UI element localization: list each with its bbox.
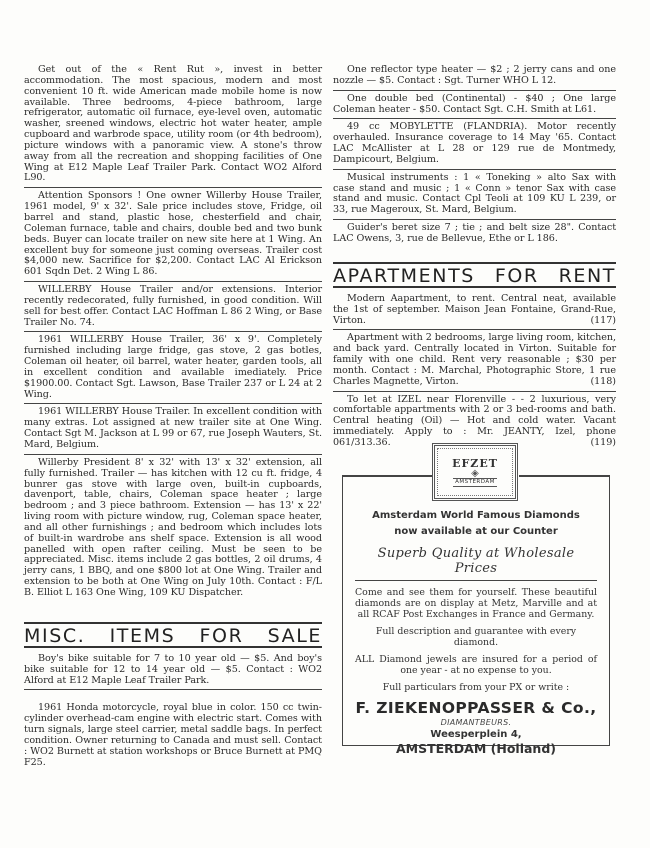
- logo-brand: EFZET: [452, 458, 498, 469]
- apartment-ad: Modern Aapartment, to rent. Central neat…: [333, 294, 616, 331]
- ad-paragraph: Full description and guarantee with ever…: [355, 626, 597, 648]
- ad-text: Modern Aapartment, to rent. Central neat…: [333, 293, 616, 326]
- ad-subheadline: now available at our Counter: [355, 523, 597, 541]
- classified-ad: Get out of the « Rent Rut », invest in b…: [24, 65, 322, 188]
- ad-reference-number: (118): [590, 377, 616, 388]
- apartment-ad: Apartment with 2 bedrooms, large living …: [333, 333, 616, 391]
- ad-paragraph: ALL Diamond jewels are insured for a per…: [355, 654, 597, 676]
- border-line: [343, 475, 433, 477]
- ad-text: Apartment with 2 bedrooms, large living …: [333, 332, 616, 386]
- apartments-for-rent-heading: APARTMENTS FOR RENT: [333, 262, 616, 288]
- heading-word: ITEMS: [110, 626, 176, 646]
- left-column: Get out of the « Rent Rut », invest in b…: [24, 65, 322, 774]
- border-line: [519, 475, 609, 477]
- heading-word: FOR: [199, 626, 243, 646]
- heading-word: APARTMENTS: [333, 266, 475, 286]
- heading-word: SALE: [268, 626, 322, 646]
- ad-paragraph: Full particulars from your PX or write :: [355, 682, 597, 693]
- classified-ad: Attention Sponsors ! One owner Willerby …: [24, 191, 322, 282]
- ad-reference-number: (117): [590, 316, 616, 327]
- diamond-icon: ◈: [471, 469, 479, 478]
- ad-headline: Amsterdam World Famous Diamonds: [355, 509, 597, 523]
- ad-text: To let at IZEL near Florenville - - 2 lu…: [333, 394, 616, 448]
- heading-word: FOR: [495, 266, 539, 286]
- misc-items-heading: MISC. ITEMS FOR SALE: [24, 622, 322, 648]
- company-profession: DIAMANTBEURS.: [355, 718, 597, 727]
- diamond-advertisement: EFZET ◈ AMSTERDAM Amsterdam World Famous…: [342, 475, 610, 746]
- classified-ad: 1961 WILLERBY House Trailer, 36' x 9'. C…: [24, 335, 322, 404]
- classified-ad: WILLERBY House Trailer and/or extensions…: [24, 285, 322, 332]
- ad-reference-number: (119): [590, 438, 616, 449]
- heading-word: MISC.: [24, 626, 85, 646]
- classified-ad: Boy's bike suitable for 7 to 10 year old…: [24, 654, 322, 691]
- classified-ad: 49 cc MOBYLETTE (FLANDRIA). Motor recent…: [333, 122, 616, 169]
- diamond-ad-body: Amsterdam World Famous Diamonds now avai…: [355, 509, 597, 756]
- company-city: AMSTERDAM (Holland): [355, 741, 597, 756]
- ad-paragraph: Come and see them for yourself. These be…: [355, 587, 597, 620]
- classified-ad: Guider's beret size 7 ; tie ; and belt s…: [333, 223, 616, 248]
- classified-ad: Musical instruments : 1 « Toneking » alt…: [333, 173, 616, 220]
- right-column: One reflector type heater — $2 ; 2 jerry…: [333, 65, 616, 455]
- classified-ad: 1961 WILLERBY House Trailer. In excellen…: [24, 407, 322, 454]
- classified-ad: 1961 Honda motorcycle, royal blue in col…: [24, 703, 322, 771]
- company-street: Weesperplein 4,: [355, 728, 597, 741]
- company-name: F. ZIEKENOPPASSER & Co.,: [347, 699, 605, 717]
- ad-slogan: Superb Quality at Wholesale Prices: [355, 543, 597, 581]
- efzet-logo: EFZET ◈ AMSTERDAM: [432, 443, 518, 501]
- classified-ad: Willerby President 8' x 32' with 13' x 3…: [24, 458, 322, 602]
- logo-city: AMSTERDAM: [453, 478, 497, 487]
- classified-ad: One double bed (Continental) - $40 ; One…: [333, 94, 616, 120]
- classified-ad: One reflector type heater — $2 ; 2 jerry…: [333, 65, 616, 91]
- heading-word: RENT: [559, 266, 616, 286]
